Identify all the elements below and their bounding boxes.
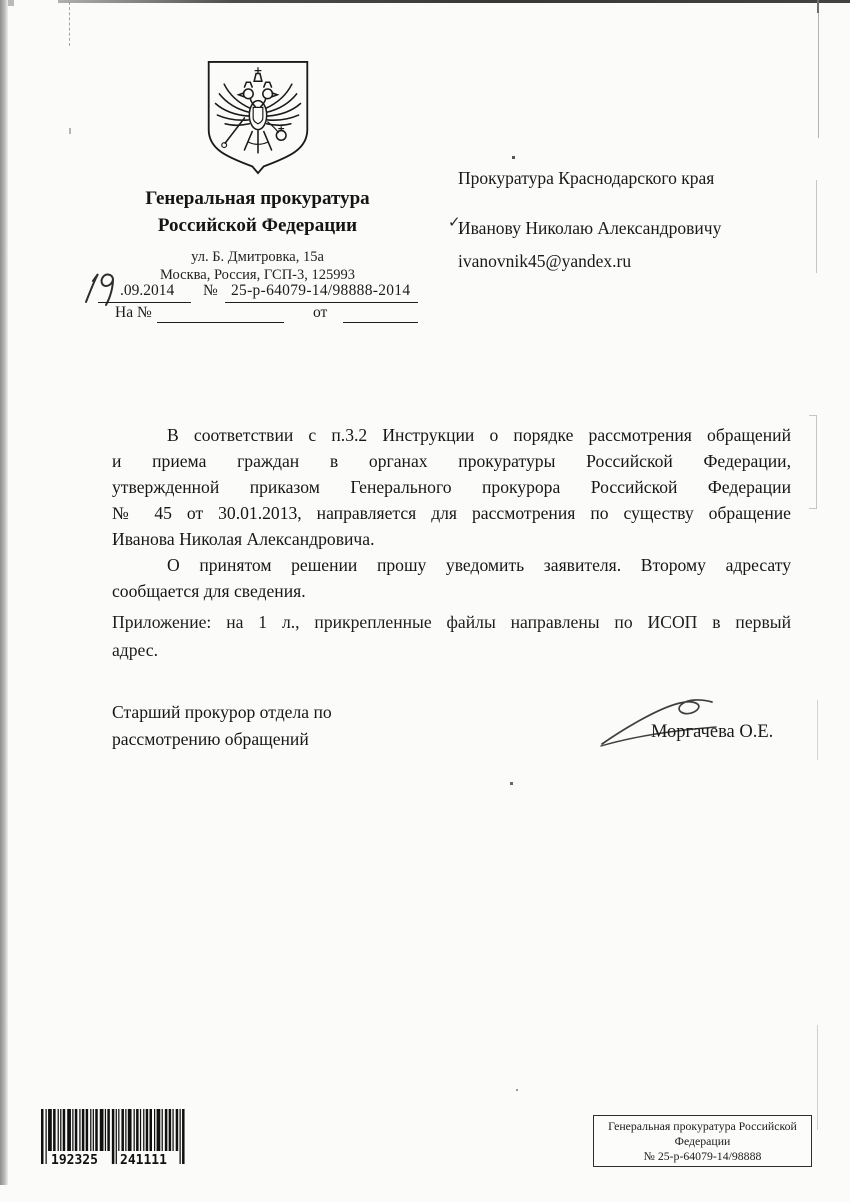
org-address: ул. Б. Дмитровка, 15а Москва, Россия, ГС…: [105, 248, 410, 284]
recipient-org: Прокуратура Краснодарского края: [458, 168, 798, 189]
signer-title-line1: Старший прокурор отдела по: [112, 699, 432, 726]
ink-speck: [512, 156, 515, 159]
body-line: и приема граждан в органах прокуратуры Р…: [112, 448, 791, 474]
recipient-person: Иванову Николаю Александровичу: [458, 218, 798, 239]
org-name: Генеральная прокуратура Российской Федер…: [105, 185, 410, 239]
body-line: утвержденной приказом Генерального проку…: [112, 474, 791, 500]
scan-left-edge-artifact: [0, 0, 8, 1185]
registration-stamp: Генеральная прокуратура Российской Федер…: [593, 1115, 812, 1167]
incoming-date-blank: [343, 322, 418, 323]
scanned-letter-page: Генеральная прокуратура Российской Федер…: [0, 0, 850, 1202]
signer-title-line2: рассмотрению обращений: [112, 726, 432, 753]
ref-date: .09.2014: [120, 282, 174, 300]
stamp-line2: Федерации: [594, 1134, 811, 1149]
org-name-line1: Генеральная прокуратура: [105, 185, 410, 212]
scan-margin-bracket: [816, 415, 817, 509]
barcode: 192325 241111: [38, 1106, 192, 1168]
scan-margin-mark: [816, 180, 817, 273]
body-line: В соответствии с п.3.2 Инструкции о поря…: [112, 422, 791, 448]
fold-crease-left-dot: [69, 128, 71, 134]
body-line: № 45 от 30.01.2013, направляется для рас…: [112, 500, 791, 526]
ref-na-label: На №: [115, 304, 152, 322]
ink-speck: [516, 1089, 518, 1091]
letterhead: Генеральная прокуратура Российской Федер…: [105, 58, 410, 284]
signer-name: Моргачева О.Е.: [651, 722, 773, 743]
ref-ot-label: от: [313, 304, 327, 322]
fold-crease-left: [69, 2, 70, 46]
date-underline: [98, 302, 191, 303]
recipient-email: ivanovnik45@yandex.ru: [458, 251, 798, 272]
org-address-line1: ул. Б. Дмитровка, 15а: [105, 248, 410, 266]
coat-of-arms-icon: [200, 58, 316, 178]
recipient-block: ✓ Прокуратура Краснодарского края Иванов…: [458, 168, 798, 272]
fold-crease-right: [818, 0, 819, 138]
checkmark-annotation: ✓: [448, 213, 461, 231]
signer-title: Старший прокурор отдела по рассмотрению …: [112, 699, 432, 753]
attachment-note: Приложение: на 1 л., прикрепленные файлы…: [112, 608, 791, 664]
number-underline: [225, 302, 418, 303]
ref-number: 25-р-64079-14/98888-2014: [231, 282, 410, 300]
body-line: сообщается для сведения.: [112, 578, 791, 604]
body-line: Иванова Николая Александровича.: [112, 526, 791, 552]
org-name-line2: Российской Федерации: [105, 212, 410, 239]
attachment-line: адрес.: [112, 636, 791, 664]
scan-margin-mark: [817, 700, 818, 760]
stamp-line3: № 25-р-64079-14/98888: [594, 1149, 811, 1164]
stamp-line1: Генеральная прокуратура Российской: [594, 1119, 811, 1134]
letter-body: В соответствии с п.3.2 Инструкции о поря…: [112, 422, 791, 604]
scan-top-edge-artifact: [58, 0, 850, 3]
ref-number-sign: №: [203, 282, 218, 300]
ink-speck: [510, 782, 513, 785]
fold-crease-right-tick: [817, 0, 819, 13]
barcode-digits-left: 192325: [51, 1153, 98, 1168]
barcode-digits-right: 241111: [120, 1153, 167, 1168]
scan-margin-mark: [817, 1025, 818, 1130]
incoming-number-blank: [157, 322, 284, 323]
attachment-line: Приложение: на 1 л., прикрепленные файлы…: [112, 608, 791, 636]
body-line: О принятом решении прошу уведомить заяви…: [112, 552, 791, 578]
